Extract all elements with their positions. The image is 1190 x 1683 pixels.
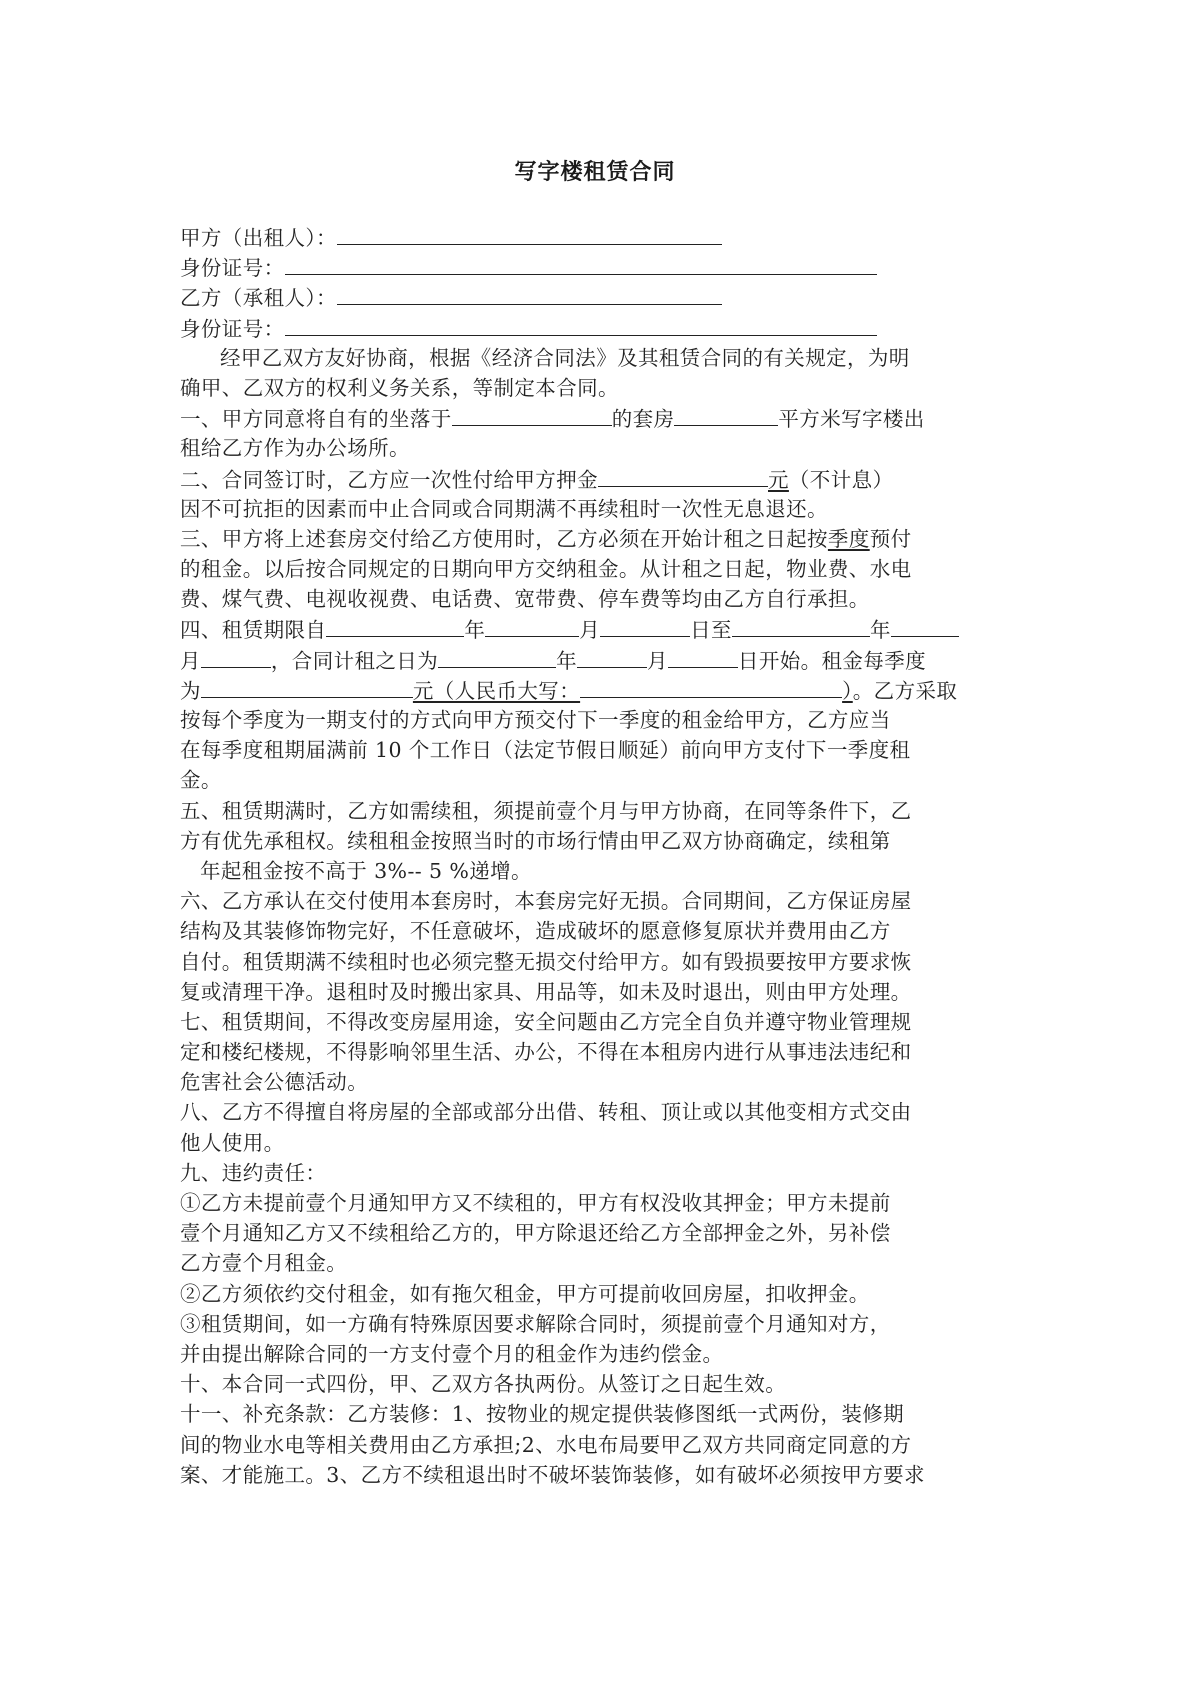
lessor-id-label: 身份证号： bbox=[180, 256, 285, 280]
lessor-id-line: 身份证号： bbox=[180, 252, 1020, 282]
clause-text: 年 bbox=[464, 618, 485, 642]
preamble-line: 经甲乙双方友好协商，根据《经济合同法》及其租赁合同的有关规定，为明 bbox=[180, 343, 1020, 373]
clause-9-item-3: 并由提出解除合同的一方支付壹个月的租金作为违约偿金。 bbox=[180, 1339, 1020, 1369]
clause-4-line: 金。 bbox=[180, 765, 1020, 795]
end-day-field[interactable] bbox=[201, 645, 271, 668]
clause-6-line: 自付。租赁期满不续租时也必须完整无损交付给甲方。如有毁损要按甲方要求恢 bbox=[180, 947, 1020, 977]
end-year-field[interactable] bbox=[732, 614, 870, 637]
clause-5-line: 方有优先承租权。续租租金按照当时的市场行情由甲乙双方协商确定，续租第 bbox=[180, 826, 1020, 856]
clause-9-item-3: ③租赁期间，如一方确有特殊原因要求解除合同时，须提前壹个月通知对方， bbox=[180, 1309, 1020, 1339]
clause-1-line: 租给乙方作为办公场所。 bbox=[180, 433, 1020, 463]
clause-9-item-1: 壹个月通知乙方又不续租给乙方的，甲方除退还给乙方全部押金之外，另补偿 bbox=[180, 1218, 1020, 1248]
clause-text: 。乙方采取 bbox=[853, 679, 958, 703]
clause-text: 月 bbox=[647, 649, 668, 673]
clause-7-line: 危害社会公德活动。 bbox=[180, 1067, 1020, 1097]
clause-9-item-1: ①乙方未提前壹个月通知甲方又不续租的，甲方有权没收其押金；甲方未提前 bbox=[180, 1188, 1020, 1218]
clause-3-line: 费、煤气费、电视收视费、电话费、宽带费、停车费等均由乙方自行承担。 bbox=[180, 584, 1020, 614]
document-title: 写字楼租赁合同 bbox=[0, 155, 1190, 186]
clause-8-line: 八、乙方不得擅自将房屋的全部或部分出借、转租、顶让或以其他变相方式交由 bbox=[180, 1097, 1020, 1127]
rent-start-year-field[interactable] bbox=[438, 645, 556, 668]
clause-text: 年 bbox=[870, 618, 891, 642]
property-location-field[interactable] bbox=[452, 403, 612, 426]
document-page: 写字楼租赁合同 甲方（出租人）： 身份证号： 乙方（承租人）： 身份证号： 经甲… bbox=[0, 0, 1190, 1683]
clause-6-line: 六、乙方承认在交付使用本套房时，本套房完好无损。合同期间，乙方保证房屋 bbox=[180, 886, 1020, 916]
clause-2-line: 二、合同签订时，乙方应一次性付给甲方押金元（不计息） bbox=[180, 464, 1020, 494]
lessor-id-field[interactable] bbox=[285, 252, 877, 275]
start-year-field[interactable] bbox=[326, 614, 464, 637]
start-day-field[interactable] bbox=[600, 614, 690, 637]
clause-text: 三、甲方将上述套房交付给乙方使用时，乙方必须在开始计租之日起按 bbox=[180, 527, 828, 551]
clause-text: 一、甲方同意将自有的坐落于 bbox=[180, 407, 452, 431]
clause-11-line: 案、才能施工。3、乙方不续租退出时不破坏装饰装修，如有破坏必须按甲方要求 bbox=[180, 1460, 1020, 1490]
clause-6-line: 复或清理干净。退租时及时搬出家具、用品等，如未及时退出，则由甲方处理。 bbox=[180, 977, 1020, 1007]
clause-4-line: 在每季度租期届满前 10 个工作日（法定节假日顺延）前向甲方支付下一季度租 bbox=[180, 735, 1020, 765]
clause-text: 元（人民币大写： bbox=[413, 679, 580, 703]
clause-text: 月 bbox=[180, 649, 201, 673]
clause-10-line: 十、本合同一式四份，甲、乙双方各执两份。从签订之日起生效。 bbox=[180, 1369, 1020, 1399]
party-lessor-line: 甲方（出租人）： bbox=[180, 222, 1020, 252]
clause-1-line: 一、甲方同意将自有的坐落于的套房平方米写字楼出 bbox=[180, 403, 1020, 433]
clause-text: 预付 bbox=[870, 527, 912, 551]
clause-text: 日至 bbox=[690, 618, 732, 642]
clause-text: ，合同计租之日为 bbox=[271, 649, 438, 673]
clause-4-line: 月，合同计租之日为年月日开始。租金每季度 bbox=[180, 645, 1020, 675]
clause-9-item-1: 乙方壹个月租金。 bbox=[180, 1248, 1020, 1278]
clause-text: 四、租赁期限自 bbox=[180, 618, 326, 642]
clause-text: 日开始。租金每季度 bbox=[738, 649, 926, 673]
party-lessor-label: 甲方（出租人）： bbox=[180, 226, 337, 250]
clause-7-line: 七、租赁期间，不得改变房屋用途，安全问题由乙方完全自负并遵守物业管理规 bbox=[180, 1007, 1020, 1037]
party-lessee-label: 乙方（承租人）： bbox=[180, 286, 337, 310]
clause-5-line: 五、租赁期满时，乙方如需续租，须提前壹个月与甲方协商，在同等条件下，乙 bbox=[180, 796, 1020, 826]
lessor-name-field[interactable] bbox=[337, 222, 722, 245]
clause-text: 季度 bbox=[828, 527, 870, 551]
clause-6-line: 结构及其装修饰物完好，不任意破坏，造成破坏的愿意修复原状并费用由乙方 bbox=[180, 916, 1020, 946]
clause-8-line: 他人使用。 bbox=[180, 1128, 1020, 1158]
clause-4-line: 按每个季度为一期支付的方式向甲方预交付下一季度的租金给甲方，乙方应当 bbox=[180, 705, 1020, 735]
preamble-line: 确甲、乙双方的权利义务关系，等制定本合同。 bbox=[180, 373, 1020, 403]
clause-11-line: 间的物业水电等相关费用由乙方承担;2、水电布局要甲乙双方共同商定同意的方 bbox=[180, 1430, 1020, 1460]
clause-3-line: 的租金。以后按合同规定的日期向甲方交纳租金。从计租之日起，物业费、水电 bbox=[180, 554, 1020, 584]
lessee-id-label: 身份证号： bbox=[180, 317, 285, 341]
clause-2-line: 因不可抗拒的因素而中止合同或合同期满不再续租时一次性无息退还。 bbox=[180, 494, 1020, 524]
clause-11-line: 十一、补充条款：乙方装修：1、按物业的规定提供装修图纸一式两份，装修期 bbox=[180, 1399, 1020, 1429]
clause-text: 元 bbox=[768, 468, 789, 492]
lessee-id-field[interactable] bbox=[285, 313, 877, 336]
rent-start-month-field[interactable] bbox=[577, 645, 647, 668]
clause-text: ） bbox=[842, 679, 853, 703]
clause-3-line: 三、甲方将上述套房交付给乙方使用时，乙方必须在开始计租之日起按季度预付 bbox=[180, 524, 1020, 554]
clause-text: 二、合同签订时，乙方应一次性付给甲方押金 bbox=[180, 468, 598, 492]
contract-body: 甲方（出租人）： 身份证号： 乙方（承租人）： 身份证号： 经甲乙双方友好协商，… bbox=[180, 222, 1020, 1490]
lessee-name-field[interactable] bbox=[337, 282, 722, 305]
end-month-field[interactable] bbox=[891, 614, 959, 637]
rent-in-words-field[interactable] bbox=[580, 675, 842, 698]
clause-text: 平方米写字楼出 bbox=[778, 407, 924, 431]
clause-7-line: 定和楼纪楼规，不得影响邻里生活、办公，不得在本租房内进行从事违法违纪和 bbox=[180, 1037, 1020, 1067]
clause-5-line: 年起租金按不高于 3%-- 5 %递增。 bbox=[180, 856, 1020, 886]
clause-9-item-2: ②乙方须依约交付租金，如有拖欠租金，甲方可提前收回房屋，扣收押金。 bbox=[180, 1279, 1020, 1309]
clause-text: 为 bbox=[180, 679, 201, 703]
lessee-id-line: 身份证号： bbox=[180, 313, 1020, 343]
start-month-field[interactable] bbox=[485, 614, 579, 637]
rent-start-day-field[interactable] bbox=[668, 645, 738, 668]
party-lessee-line: 乙方（承租人）： bbox=[180, 282, 1020, 312]
deposit-amount-field[interactable] bbox=[598, 464, 768, 487]
clause-9-heading: 九、违约责任： bbox=[180, 1158, 1020, 1188]
quarterly-rent-field[interactable] bbox=[201, 675, 413, 698]
clause-text: 月 bbox=[579, 618, 600, 642]
clause-4-line: 四、租赁期限自年月日至年 bbox=[180, 614, 1020, 644]
clause-text: （不计息） bbox=[789, 468, 894, 492]
clause-text: 的套房 bbox=[612, 407, 675, 431]
area-field[interactable] bbox=[674, 403, 778, 426]
clause-4-line: 为元（人民币大写：）。乙方采取 bbox=[180, 675, 1020, 705]
clause-text: 年 bbox=[556, 649, 577, 673]
